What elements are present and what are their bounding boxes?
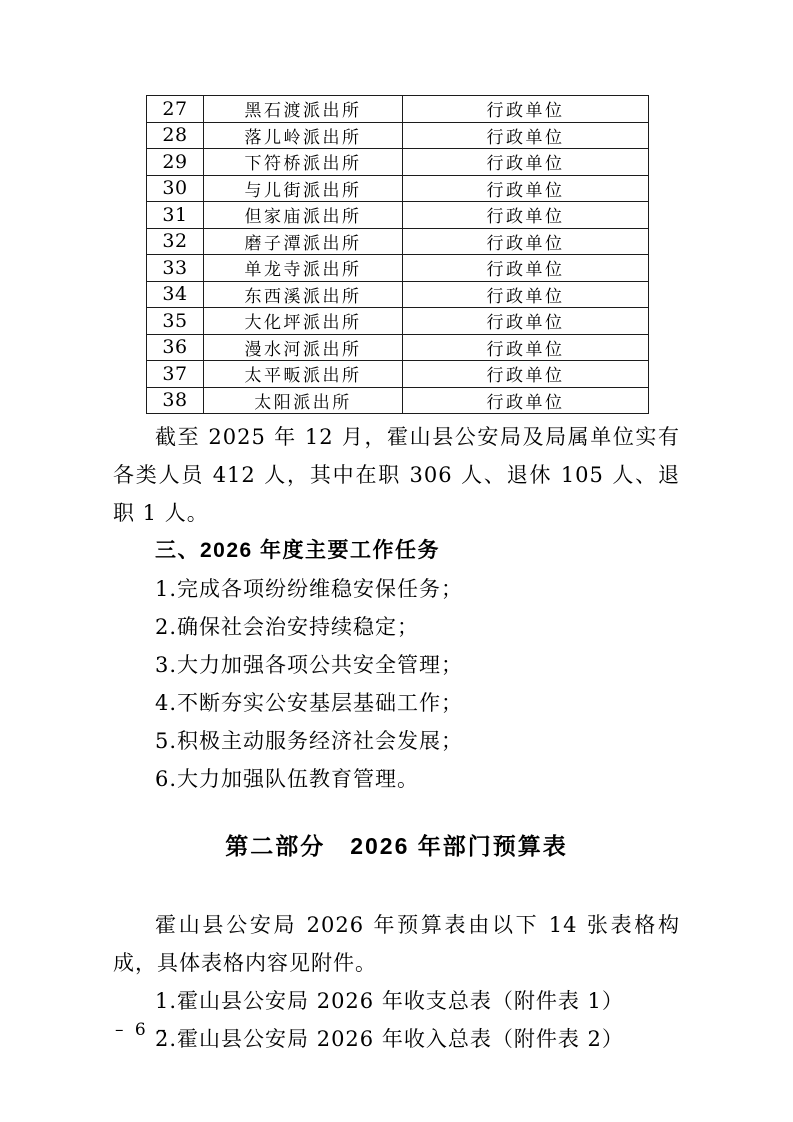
table-row: 37 太平畈派出所 行政单位 xyxy=(147,361,649,388)
table-row: 30 与儿街派出所 行政单位 xyxy=(147,175,649,202)
task-item-3: 3.大力加强各项公共安全管理； xyxy=(113,646,680,684)
task-item-2: 2.确保社会治安持续稳定； xyxy=(113,608,680,646)
row-number-cell: 38 xyxy=(147,387,204,414)
unit-name-cell: 落儿岭派出所 xyxy=(204,122,403,149)
table-row: 36 漫水河派出所 行政单位 xyxy=(147,334,649,361)
table-row: 34 东西溪派出所 行政单位 xyxy=(147,281,649,308)
row-number-cell: 32 xyxy=(147,228,204,255)
row-number-cell: 37 xyxy=(147,361,204,388)
unit-name-cell: 磨子潭派出所 xyxy=(204,228,403,255)
page-number: – 6 – xyxy=(115,1018,169,1042)
unit-name-cell: 但家庙派出所 xyxy=(204,202,403,229)
body-text: 截至 2025 年 12 月，霍山县公安局及局属单位实有各类人员 412 人，其… xyxy=(113,418,680,1058)
unit-type-cell: 行政单位 xyxy=(403,361,649,388)
document-page: 27 黑石渡派出所 行政单位 28 落儿岭派出所 行政单位 29 下符桥派出所 … xyxy=(0,0,793,1122)
row-number-cell: 30 xyxy=(147,175,204,202)
unit-name-cell: 太平畈派出所 xyxy=(204,361,403,388)
staff-paragraph: 截至 2025 年 12 月，霍山县公安局及局属单位实有各类人员 412 人，其… xyxy=(113,418,680,532)
unit-type-cell: 行政单位 xyxy=(403,334,649,361)
section3-heading: 三、2026 年度主要工作任务 xyxy=(113,532,680,570)
unit-table: 27 黑石渡派出所 行政单位 28 落儿岭派出所 行政单位 29 下符桥派出所 … xyxy=(146,95,649,414)
table-row: 32 磨子潭派出所 行政单位 xyxy=(147,228,649,255)
unit-name-cell: 下符桥派出所 xyxy=(204,149,403,176)
part2-intro-paragraph: 霍山县公安局 2026 年预算表由以下 14 张表格构成，具体表格内容见附件。 xyxy=(113,906,680,982)
unit-name-cell: 单龙寺派出所 xyxy=(204,255,403,282)
row-number-cell: 29 xyxy=(147,149,204,176)
row-number-cell: 34 xyxy=(147,281,204,308)
unit-type-cell: 行政单位 xyxy=(403,255,649,282)
table-row: 28 落儿岭派出所 行政单位 xyxy=(147,122,649,149)
attachment-item-1: 1.霍山县公安局 2026 年收支总表（附件表 1） xyxy=(113,982,680,1020)
unit-name-cell: 太阳派出所 xyxy=(204,387,403,414)
attachment-item-2: 2.霍山县公安局 2026 年收入总表（附件表 2） xyxy=(113,1020,680,1058)
table-row: 27 黑石渡派出所 行政单位 xyxy=(147,96,649,123)
table-row: 29 下符桥派出所 行政单位 xyxy=(147,149,649,176)
table-row: 38 太阳派出所 行政单位 xyxy=(147,387,649,414)
unit-type-cell: 行政单位 xyxy=(403,96,649,123)
unit-type-cell: 行政单位 xyxy=(403,202,649,229)
unit-type-cell: 行政单位 xyxy=(403,149,649,176)
unit-name-cell: 大化坪派出所 xyxy=(204,308,403,335)
unit-name-cell: 与儿街派出所 xyxy=(204,175,403,202)
unit-name-cell: 黑石渡派出所 xyxy=(204,96,403,123)
task-item-5: 5.积极主动服务经济社会发展； xyxy=(113,722,680,760)
unit-type-cell: 行政单位 xyxy=(403,308,649,335)
task-item-6: 6.大力加强队伍教育管理。 xyxy=(113,760,680,798)
task-item-1: 1.完成各项纷纷维稳安保任务； xyxy=(113,570,680,608)
unit-type-cell: 行政单位 xyxy=(403,175,649,202)
unit-name-cell: 漫水河派出所 xyxy=(204,334,403,361)
row-number-cell: 27 xyxy=(147,96,204,123)
table-row: 33 单龙寺派出所 行政单位 xyxy=(147,255,649,282)
table-row: 31 但家庙派出所 行政单位 xyxy=(147,202,649,229)
task-item-4: 4.不断夯实公安基层基础工作； xyxy=(113,684,680,722)
row-number-cell: 36 xyxy=(147,334,204,361)
row-number-cell: 31 xyxy=(147,202,204,229)
part2-heading: 第二部分 2026 年部门预算表 xyxy=(113,824,680,868)
table-row: 35 大化坪派出所 行政单位 xyxy=(147,308,649,335)
unit-type-cell: 行政单位 xyxy=(403,281,649,308)
unit-type-cell: 行政单位 xyxy=(403,387,649,414)
row-number-cell: 28 xyxy=(147,122,204,149)
unit-type-cell: 行政单位 xyxy=(403,122,649,149)
unit-name-cell: 东西溪派出所 xyxy=(204,281,403,308)
unit-type-cell: 行政单位 xyxy=(403,228,649,255)
row-number-cell: 33 xyxy=(147,255,204,282)
row-number-cell: 35 xyxy=(147,308,204,335)
